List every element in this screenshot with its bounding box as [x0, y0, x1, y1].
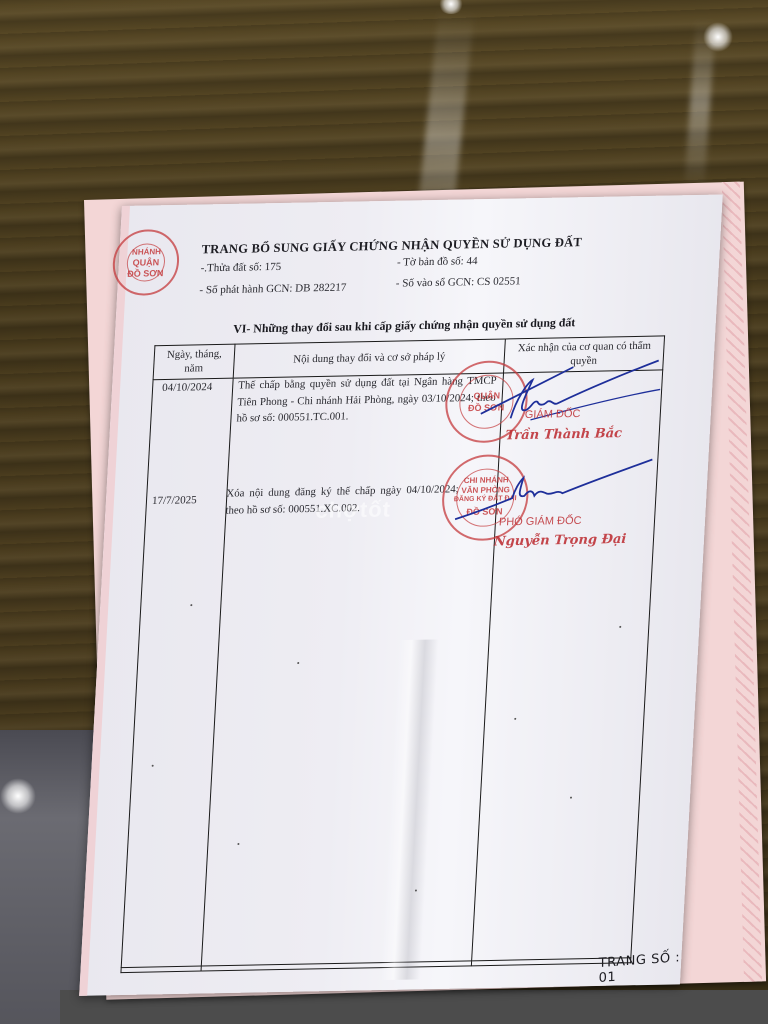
official-title: GIÁM ĐỐC [524, 408, 580, 421]
official-title: PHÓ GIÁM ĐỐC [499, 515, 582, 529]
page-number: TRANG SỐ : 01 [599, 950, 681, 986]
watermark: chợtốt [315, 496, 392, 523]
section-title: VI- Những thay đổi sau khi cấp giấy chứn… [233, 315, 576, 337]
entry-date: 04/10/2024 [162, 381, 213, 394]
light-reflection [0, 778, 36, 814]
certificate-register-number: - Số vào sổ GCN: CS 02551 [396, 275, 521, 289]
glare-streak [684, 20, 716, 191]
certificate-issue-number: - Số phát hành GCN: DB 282217 [199, 282, 347, 297]
official-name: Trần Thành Bắc [505, 426, 622, 443]
official-name: Nguyễn Trọng Đại [493, 532, 626, 550]
certificate-page: NHÁNH QUẬN ĐỒ SƠN TRANG BỔ SUNG GIẤY CHỨ… [79, 194, 723, 995]
entry-date: 17/7/2025 [152, 494, 197, 507]
header-date: Ngày, tháng, năm [153, 344, 235, 380]
document-title: TRANG BỔ SUNG GIẤY CHỨNG NHẬN QUYỀN SỬ D… [201, 235, 582, 257]
map-sheet-number: - Tờ bản đồ số: 44 [397, 255, 478, 269]
parcel-number: -.Thửa đất số: 175 [200, 261, 281, 275]
